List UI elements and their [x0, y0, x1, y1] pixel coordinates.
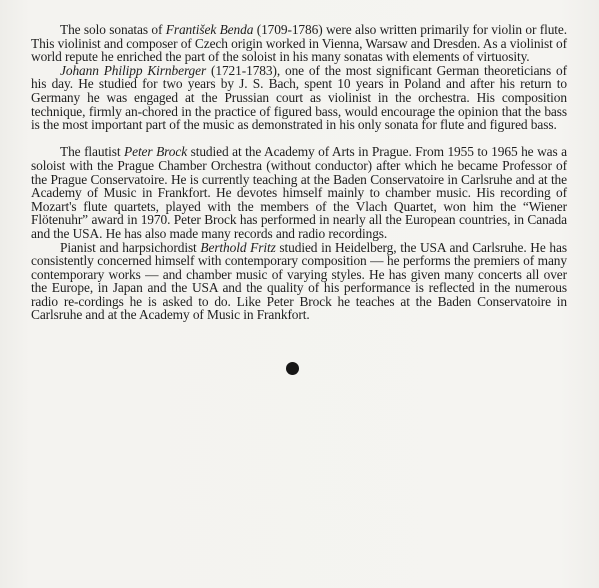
paragraph-text: studied at the Academy of Arts in Prague…	[31, 144, 567, 241]
bullet-dot-icon	[286, 362, 299, 375]
liner-notes-text: The solo sonatas of František Benda (170…	[31, 23, 567, 322]
paragraph: The solo sonatas of František Benda (170…	[31, 23, 567, 64]
paragraph: The flautist Peter Brock studied at the …	[31, 145, 567, 240]
booklet-page: The solo sonatas of František Benda (170…	[0, 0, 599, 588]
paragraph: Pianist and harpsichordist Berthold Frit…	[31, 241, 567, 323]
paragraph: Johann Philipp Kirnberger (1721-1783), o…	[31, 64, 567, 132]
